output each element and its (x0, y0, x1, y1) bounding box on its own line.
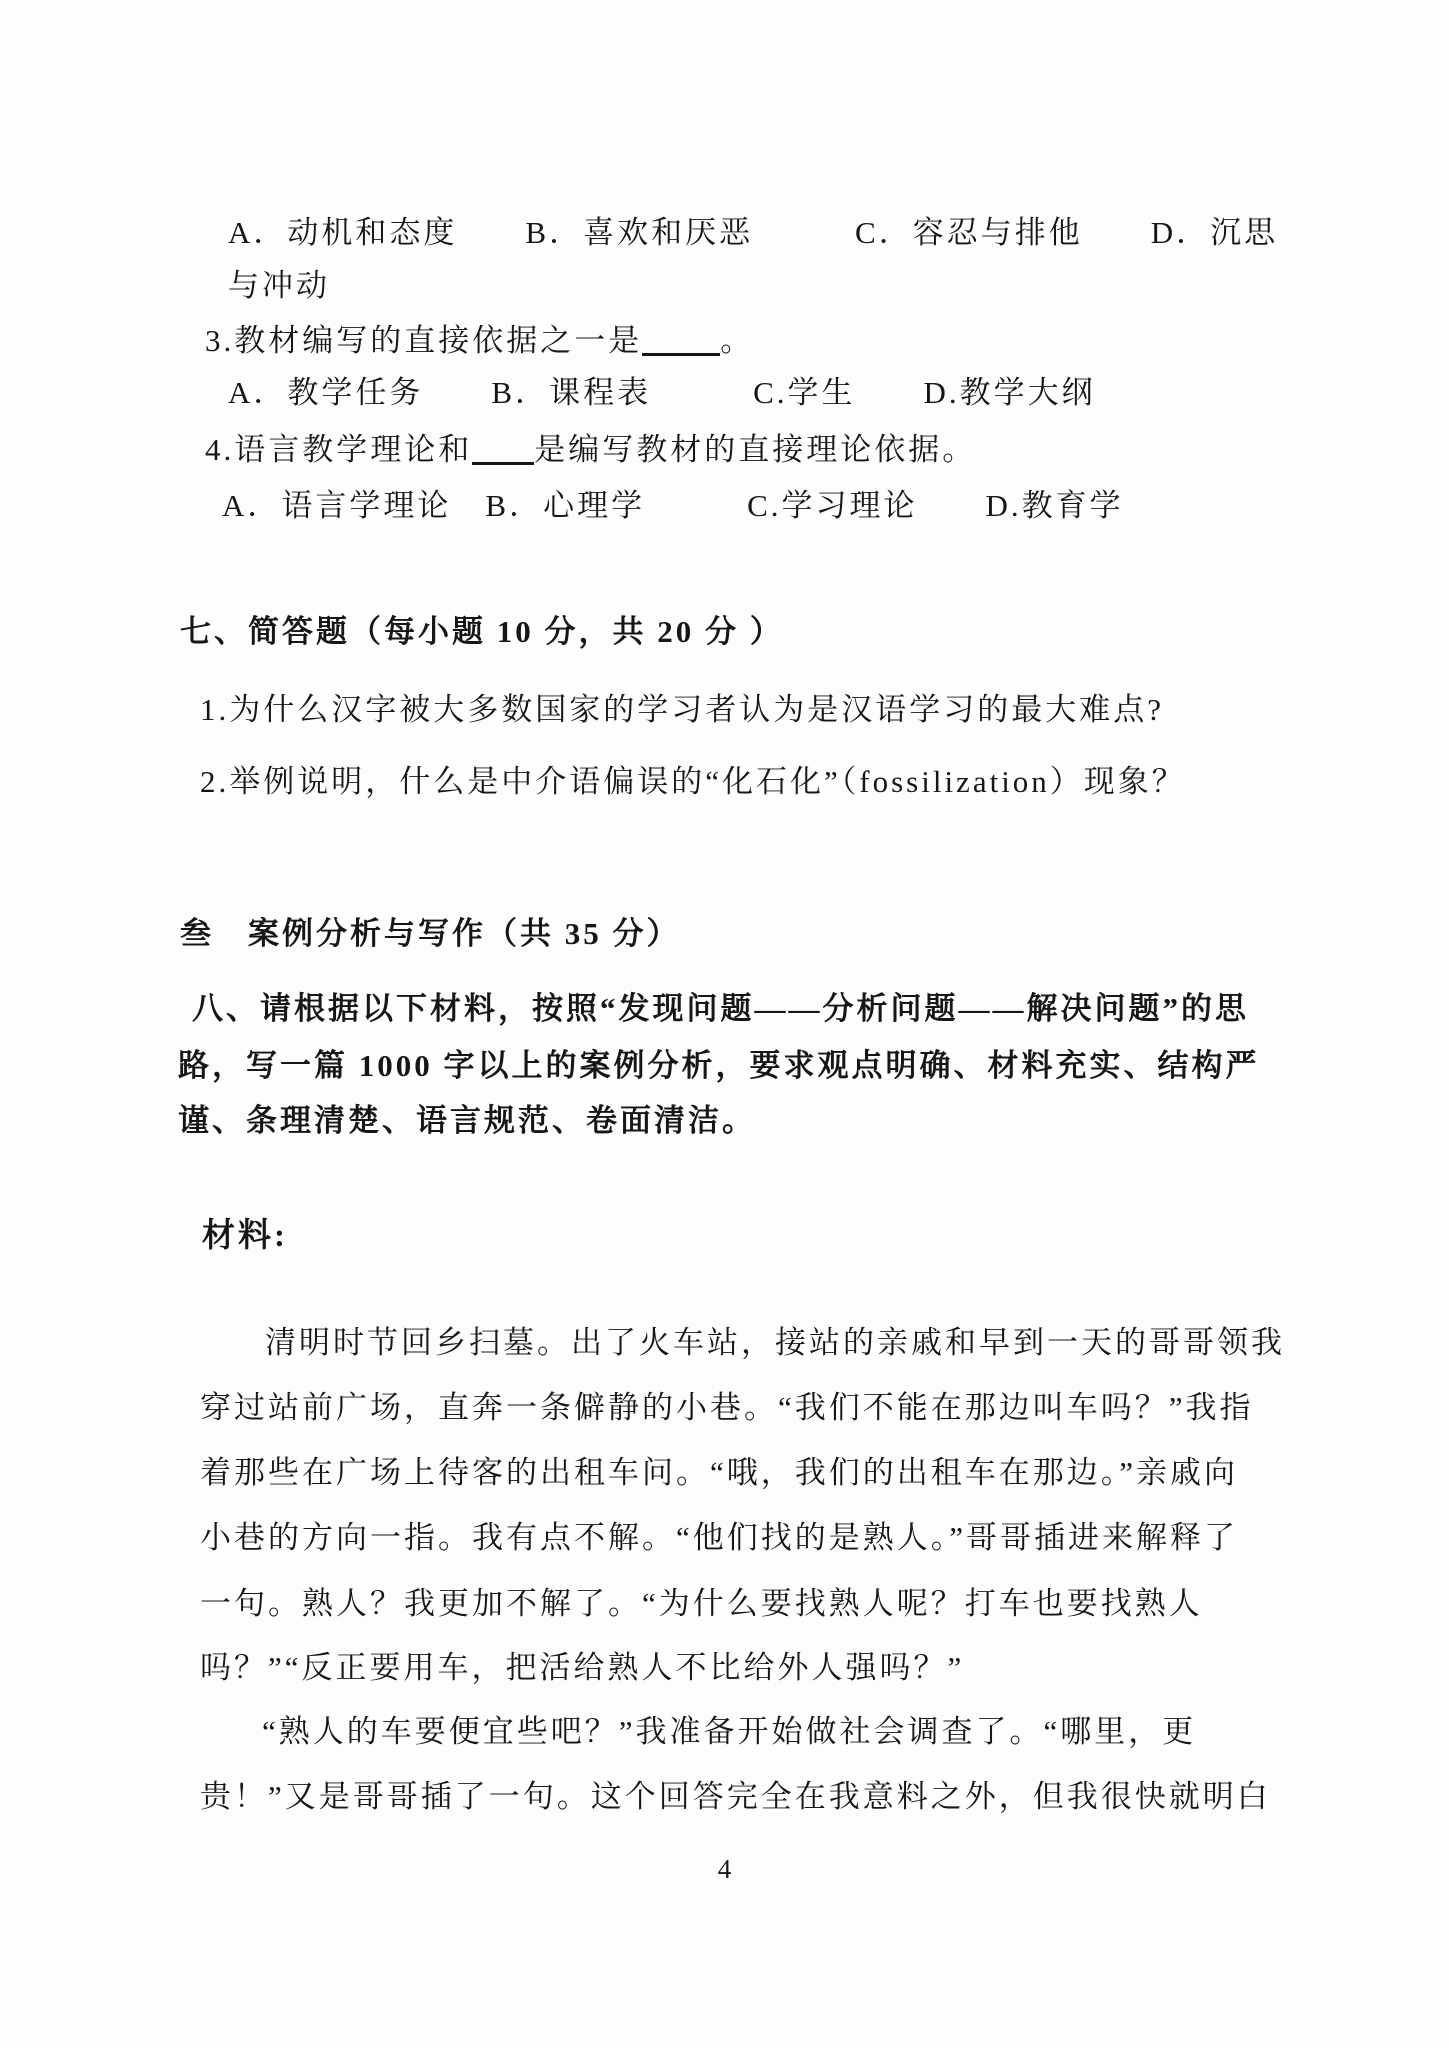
mcq-q2-options-line2: 与冲动 (228, 268, 330, 304)
q3-blank-underline (642, 353, 720, 356)
q8-instructions-line1: 八、请根据以下材料，按照“发现问题——分析问题——解决问题”的思 (192, 991, 1249, 1027)
mcq-q2-options-line1: A．动机和态度 B．喜欢和厌恶 C．容忍与排他 D．沉思 (228, 215, 1278, 251)
material-para2-line2: 贵！”又是哥哥插了一句。这个回答完全在我意料之外，但我很快就明白 (200, 1779, 1271, 1815)
mcq-q4-stem-text: 4.语言教学理论和 (205, 432, 472, 467)
mcq-q3-stem-line: 3.教材编写的直接依据之一是。 (205, 323, 754, 359)
q4-blank-underline (472, 462, 534, 465)
q8-instructions-line2: 路，写一篇 1000 字以上的案例分析，要求观点明确、材料充实、结构严 (178, 1048, 1260, 1084)
case-section-heading: 叁 案例分析与写作（共 35 分） (180, 916, 681, 952)
mcq-q4-stem-tail: 是编写教材的直接理论依据。 (534, 432, 976, 467)
exam-paper-page: A．动机和态度 B．喜欢和厌恶 C．容忍与排他 D．沉思 与冲动 3.教材编写的… (0, 0, 1449, 2048)
mcq-q3-stem-tail: 。 (720, 323, 754, 358)
material-para1-line1: 清明时节回乡扫墓。出了火车站，接站的亲戚和早到一天的哥哥领我 (265, 1325, 1285, 1361)
short-answer-q2: 2.举例说明，什么是中介语偏误的“化石化”（fossilization）现象？ (200, 764, 1186, 800)
short-answer-section-heading: 七、简答题（每小题 10 分，共 20 分 ） (180, 614, 784, 650)
mcq-q3-options-line: A．教学任务 B．课程表 C.学生 D.教学大纲 (228, 375, 1096, 411)
material-para1-line5: 一句。熟人？我更加不解了。“为什么要找熟人呢？打车也要找熟人 (200, 1586, 1203, 1622)
page-number: 4 (0, 1854, 1449, 1885)
material-para1-line6: 吗？”“反正要用车，把活给熟人不比给外人强吗？” (200, 1650, 964, 1686)
q8-instructions-line3: 谨、条理清楚、语言规范、卷面清洁。 (178, 1103, 756, 1139)
mcq-q4-options-line: A．语言学理论 B．心理学 C.学习理论 D.教育学 (222, 488, 1124, 524)
material-para2-line1: “熟人的车要便宜些吧？”我准备开始做社会调查了。“哪里，更 (262, 1714, 1196, 1750)
material-para1-line3: 着那些在广场上待客的出租车问。“哦，我们的出租车在那边。”亲戚向 (200, 1455, 1238, 1491)
short-answer-q1: 1.为什么汉字被大多数国家的学习者认为是汉语学习的最大难点? (200, 692, 1164, 728)
mcq-q4-stem-line: 4.语言教学理论和是编写教材的直接理论依据。 (205, 432, 976, 468)
material-para1-line4: 小巷的方向一指。我有点不解。“他们找的是熟人。”哥哥插进来解释了 (200, 1520, 1238, 1556)
material-label: 材料: (202, 1218, 288, 1256)
material-para1-line2: 穿过站前广场，直奔一条僻静的小巷。“我们不能在那边叫车吗？”我指 (200, 1390, 1254, 1426)
mcq-q3-stem-text: 3.教材编写的直接依据之一是 (205, 323, 642, 358)
